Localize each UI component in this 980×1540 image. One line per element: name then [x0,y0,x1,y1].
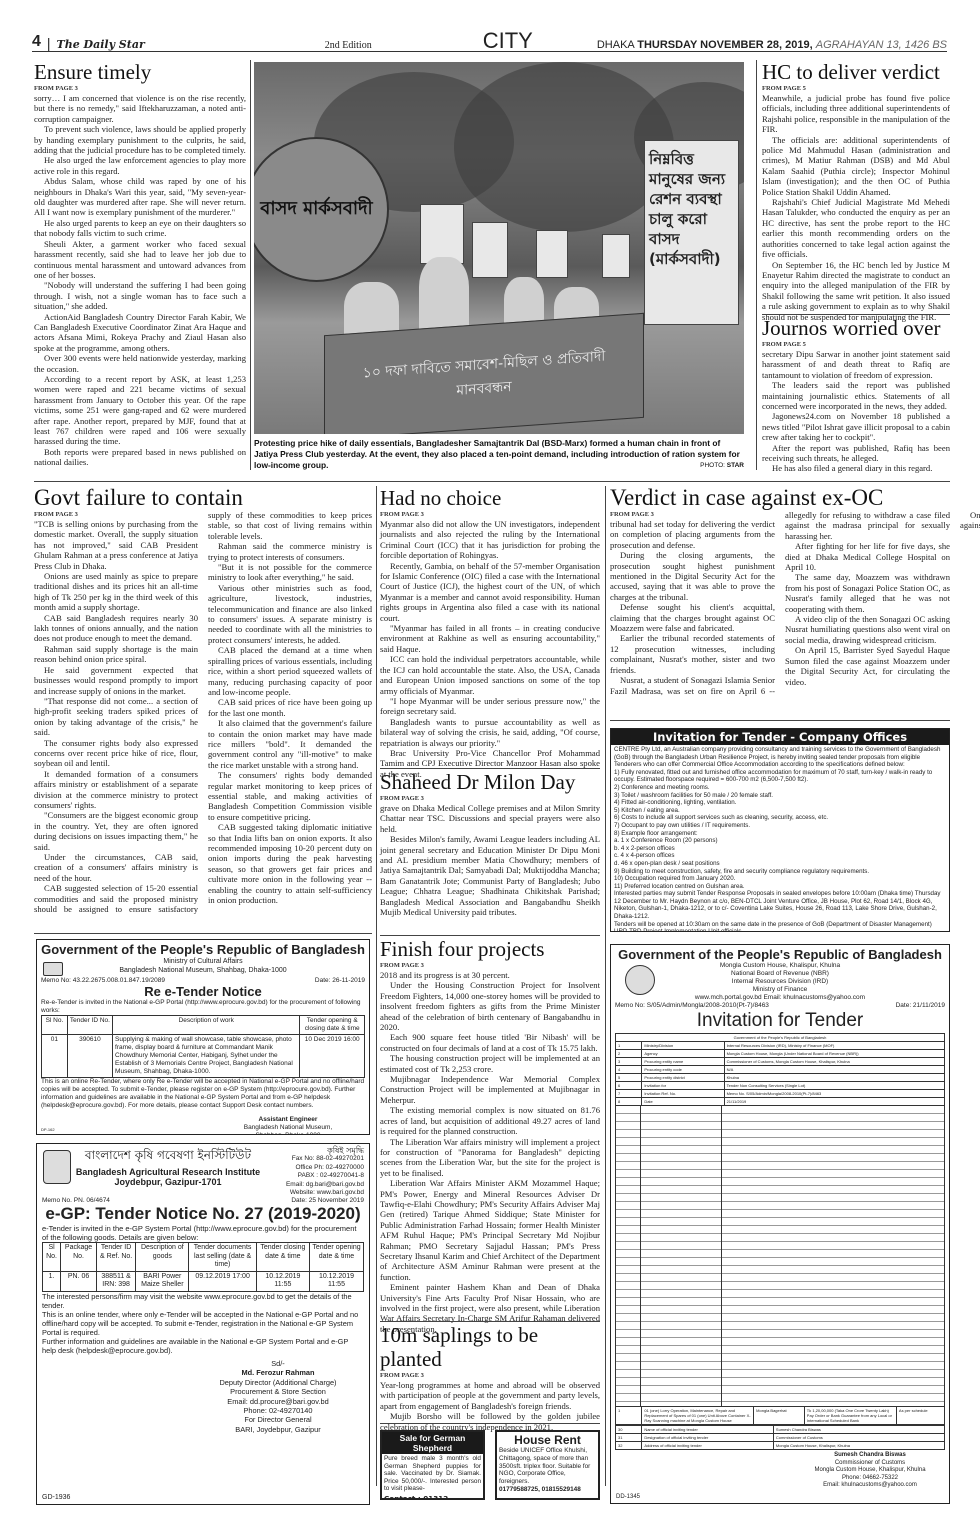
paragraph: 2018 and its progress is at 30 percent. [380,970,600,980]
paragraph: He also urged the law enforcement agenci… [34,155,246,176]
paragraph: Besides Milon's family, Awami League lea… [380,834,600,917]
paragraph: Under the Housing Construction Project f… [380,980,600,1032]
ad-item: 1) Fully renovated, fitted out and furni… [614,769,946,784]
ad-org-address: Joydebpur, Gazipur-1701 [72,1177,264,1187]
table-row: 7Invitation Ref. No.Memo No. S/05/Admin/… [616,1090,945,1098]
paragraph: ActionAid Bangladesh Country Director Fa… [34,312,246,354]
table-row: 4Procuring entity codeN/A [616,1066,945,1074]
paragraph: During the closing arguments, the prosec… [610,550,775,602]
table-header: Tender documents last selling (date & ti… [189,1243,256,1272]
signatory-title: Assistant Engineer [211,1116,365,1124]
lot-table: 1 01 (one) Lorry Operation, Maintenance,… [615,1406,945,1425]
from-page-label: FROM PAGE 3 [380,511,600,518]
paragraph: Bangladesh wants to pursue accountabilit… [380,717,600,748]
table-cell: Memo No. S/05/Admin/Mongla/2008-2010(Pt-… [724,1090,944,1098]
paragraph: It also claimed that the government's fa… [208,718,372,770]
table-cell: 8 [616,1098,642,1106]
paragraph: Under the circumstances, CAB said, creat… [34,852,198,883]
paragraph: After the report was published, Rafiq ha… [762,443,950,464]
column-divider [756,60,757,470]
ad-intro: CENTRE Pty Ltd, an Australian company pr… [614,746,946,769]
table-row: 8Date21/11/2019 [616,1098,945,1106]
article-had-no-choice: Had no choice FROM PAGE 3 Myanmar also d… [380,486,600,779]
signatory-line: Procurement & Store Section [192,1387,364,1396]
article-body: Myanmar also did not allow the UN invest… [380,519,600,779]
table-cell: 3 [616,1058,642,1066]
table-cell: 2 [616,1050,642,1058]
paragraph: "Consumers are the biggest economic grou… [34,810,198,852]
credit-name: STAR [727,462,744,469]
table-cell: Designation of official inviting tender [642,1434,774,1442]
table-cell: PN. 06 [61,1271,97,1291]
headline: Verdict in case against ex-OC [610,486,950,510]
ad-memo: Memo No: 43.22.2675.008.01.847.19/2089 [41,977,165,984]
paragraph: Abdus Salam, whose child was raped by on… [34,176,246,218]
ad-item: 8) Example floor arrangement: [614,830,946,838]
table-row: 3Procuring entity nameCommissioner of Cu… [616,1058,945,1066]
paragraph: CAB said prices of rice have been going … [208,697,372,718]
article-govt-failure: Govt failure to contain FROM PAGE 3 "TCB… [34,486,372,918]
ad-opening: Tenders will be opened at 10:30am on the… [614,921,946,932]
paragraph: CAB placed the demand at a time when spi… [208,645,372,697]
from-page-label: FROM PAGE 3 [380,962,600,969]
signatory-email: Email: dd.procure@bari.gov.bd [192,1397,364,1406]
placard [420,204,464,264]
section-divider [380,1423,600,1424]
ad-office-line: National Board of Revenue (NBR) [615,970,945,978]
article-body: 2018 and its progress is at 30 percent. … [380,970,600,1334]
paragraph: According to a recent report by ASK, at … [34,374,246,447]
paragraph: Year-long programmes at home and abroad … [380,1380,600,1411]
tender-table: Sl No. Package No. Tender ID & Ref. No. … [42,1242,364,1292]
paragraph: Recently, Gambia, on behalf of the 57-me… [380,561,600,623]
ad-gov-title: Government of the People's Republic of B… [41,942,365,957]
from-page-label: FROM PAGE 3 [34,511,198,518]
table-cell: Invitation Ref. No. [642,1090,724,1098]
ad-body: Beside UNICEF Office Khulshi, Chittagong… [499,1447,596,1486]
masthead: 4 | The Daily Star 2nd Edition CITY DHAK… [32,30,947,52]
ad-item: 3) Toilet / washroom facilities for 50 m… [614,792,946,800]
table-header: Tender closing date & time [256,1243,309,1272]
paragraph: The leaders said the report was publishe… [762,380,950,411]
paragraph: "Nobody will understand the suffering I … [34,280,246,311]
paragraph: Jagonews24.com on November 18 published … [762,411,950,442]
table-cell: Mongla Custom House, Mongla (Under Natio… [724,1050,944,1058]
paragraph: Mujib Borsho will be followed by the gol… [380,1411,600,1432]
protest-banner: ১০ দফা দাবিতে সমাবেশ-মিছিল ও প্রতিবাদী ম… [324,313,644,434]
table-cell: 21/11/2019 [724,1098,944,1106]
table-row: 2AgencyMongla Custom House, Mongla (Unde… [616,1050,945,1058]
table-cell: N/A [724,1066,944,1074]
signatory-org: Bangladesh National Museum, [211,1124,365,1132]
ad-body: Pure breed male 3 month's old German She… [382,1454,483,1494]
paragraph: Earlier the tribunal recorded statements… [610,633,775,675]
paragraph: grave on Dhaka Medical College premises … [380,803,600,834]
bari-logo-icon [43,1150,71,1184]
ad-submission: Interested parties may submit Tender Res… [614,890,946,920]
table-row: 1Ministry/DivisionInternal Resources Div… [616,1042,945,1050]
ad-bari-tender: বাংলাদেশ কৃষি গবেষণা ইনস্টিটিউট Banglade… [36,1143,370,1505]
table-cell: 388511 & IRN: 398 [96,1271,135,1291]
table-cell: 1 [616,1042,642,1050]
table-cell: 10.12.2019 11:55 [309,1271,363,1291]
ad-item: c. 4 x 4-person offices [614,852,946,860]
ad-title: Invitation for Tender [615,1009,945,1033]
headline: HC to deliver verdict [762,60,950,84]
credit-label: PHOTO: [700,462,725,469]
paragraph: The consumers' rights body demanded regu… [208,770,372,822]
ad-phones: 01779588725, 01815529148 [499,1486,596,1493]
signatory-name: Sumesh Chandra Biswas [795,1452,945,1460]
table-cell: Date [642,1098,724,1106]
paragraph: The same day, Moazzem was withdrawn from… [785,572,950,614]
paragraph: Mujibnagar Independence War Memorial Com… [380,1074,600,1105]
column-divider [376,486,377,1486]
paragraph: "TCB is selling onions by purchasing fro… [34,519,198,571]
gov-seal-icon [625,965,655,995]
page-number: 4 [32,33,41,51]
signatory-email: Email: khulnacustoms@yahoo.com [795,1482,945,1490]
table-header: Package No. [61,1243,97,1272]
ad-memo: Memo No. PN. 06/4674 [42,1197,110,1204]
ad-item: 10) Occupation required from January 202… [614,875,946,883]
ad-item: 2) Conference and meeting rooms. [614,784,946,792]
signatory-line: BARI, Joydebpur, Gazipur [192,1425,364,1434]
table-row: 1. PN. 06 388511 & IRN: 398 BARI Power M… [43,1271,364,1291]
signatory-line: For Director General [192,1415,364,1424]
signatory-line: Deputy Director (Additional Charge) [192,1378,364,1387]
paragraph: Each 900 square feet house titled 'Bir N… [380,1032,600,1053]
article-divider [380,768,600,769]
from-page-label: FROM PAGE 3 [380,1372,600,1379]
table-cell: 10.12.2019 11:55 [256,1271,309,1291]
paragraph: sorry… I am concerned that violence is o… [34,93,246,124]
tender-details-table: Government of the People's Republic of B… [615,1033,945,1106]
table-cell: 1. [43,1271,61,1291]
tender-table: Sl No. Tender ID No. Description of work… [41,1015,365,1078]
ad-code: DP-162 [41,1127,55,1132]
ad-house-rent: House Rent Beside UNICEF Office Khulshi,… [495,1430,600,1500]
ad-museum-re-tender: Government of the People's Republic of B… [36,939,370,1135]
paragraph: Over 300 events were held nationwide yes… [34,353,246,374]
table-cell: 5 [616,1074,642,1082]
tender-fine-print-table [615,1106,945,1406]
table-header: Sl No. [43,1243,61,1272]
paragraph: Both reports were prepared based in news… [34,447,246,468]
paragraph: Rajshahi's Chief Judicial Magistrate Md … [762,197,950,259]
caption-text: Protesting price hike of daily essential… [254,438,740,470]
table-cell: Internal Resources Division (IRD), Minis… [724,1042,944,1050]
ad-item: 5) Kitchen / eating area. [614,807,946,815]
column-divider [250,60,251,470]
paragraph: He said government expected that busines… [34,665,198,696]
from-page-label: FROM PAGE 3 [610,511,775,518]
paragraph: Onions are used mainly as spice to prepa… [34,571,198,613]
article-body: Meanwhile, a judicial probe has found fi… [762,93,950,322]
ad-item: a. 1 x Conference Room (20 persons) [614,837,946,845]
paragraph: CAB said Bangladesh requires nearly 30 l… [34,613,198,644]
dateline-city: DHAKA [597,39,634,51]
paragraph: On September 16, the HC bench led by Jus… [762,260,950,322]
article-divider [380,935,600,936]
table-header: Description of goods [136,1243,189,1272]
ad-contact: Website: www.bari.gov.bd [264,1189,364,1197]
table-row: 32Address of official inviting tenderMon… [616,1442,945,1450]
article-10m-saplings: 10m saplings to be planted FROM PAGE 3 Y… [380,1323,600,1432]
ad-code: GD-1936 [42,1494,70,1501]
paragraph: "That response did not come... a section… [34,696,198,738]
table-cell: Agency [642,1050,724,1058]
from-page-label: FROM PAGE 5 [762,341,950,348]
table-cell: 10 Dec 2019 16:00 [300,1035,365,1078]
ad-intro: Re-e-Tender is invited in the National e… [41,999,365,1015]
paragraph: The Liberation War affairs ministry will… [380,1137,600,1179]
table-cell: Commissioner of Customs [773,1434,944,1442]
table-cell: Tender Non Consulting Services (Single L… [724,1082,944,1090]
headline: Had no choice [380,486,600,510]
paragraph: A video clip of the then Sonagazi OC ask… [785,614,950,645]
headline: 10m saplings to be planted [380,1323,600,1371]
placard [536,230,568,278]
ad-office-line: Internal Resources Division (IRD) [615,978,945,986]
ad-contact: Contact : 01312-351655 [382,1494,483,1500]
ad-item: 11) Preferred location centred on Gulsha… [614,883,946,891]
table-cell: BARI Power Maize Sheller [136,1271,189,1291]
table-header: Tender ID No. [67,1016,112,1035]
paragraph: On July 17, the tribunal framed charges … [960,510,980,531]
section-divider [34,481,950,482]
placard [602,234,630,278]
protest-placard-rationing: নিম্নবিত্ত মানুষের জন্য রেশন ব্যবস্থা চা… [644,140,739,325]
paragraph: It demanded formation of a consumers aff… [34,769,198,811]
table-cell: Mongla Bagerhat [754,1407,805,1425]
from-page-label: FROM PAGE 3 [34,85,246,92]
paragraph: On April 15, Barrister Syed Sayedul Haqu… [785,645,950,687]
table-cell: 30 [616,1426,642,1434]
paragraph: After fighting for her life for five day… [785,541,950,572]
ad-centre-tender: Invitation for Tender - Company Offices … [610,728,950,932]
ad-item: b. 4 x 2-person offices [614,845,946,853]
ad-ministry: Ministry of Cultural Affairs [41,957,365,966]
ad-contact: Email: dg.bari@bari.gov.bd [264,1181,364,1189]
protest-placard-round: বাসদ মার্কসবাদী [254,137,389,282]
article-divider [610,720,950,721]
ad-title: Re e-Tender Notice [41,984,365,999]
paragraph: Rahman said the commerce ministry is try… [208,541,372,562]
paragraph: "But it is not possible for the commerce… [208,562,372,583]
table-cell: Commissioner of Customs, Mongla Custom H… [724,1058,944,1066]
article-ensure-timely: Ensure timely FROM PAGE 3 sorry… I am co… [34,60,246,468]
article-body: FROM PAGE 3 "TCB is selling onions by pu… [34,510,372,918]
section-divider [34,933,372,934]
from-page-label: FROM PAGE 5 [762,85,950,92]
paragraph: He also urged parents to keep an eye on … [34,218,246,239]
table-cell: Name of official inviting tender [642,1426,774,1434]
paragraph: The officials are: additional superinten… [762,135,950,197]
ad-item: d. 46 x open-plan desk / seat positions [614,860,946,868]
dateline-bangla-date: AGRAHAYAN 13, 1426 BS [816,39,947,51]
ad-title: House Rent [499,1433,596,1447]
ad-date: Date: 21/11/2019 [896,1002,945,1009]
paragraph: Liberation War Affairs Minister AKM Moza… [380,1178,600,1282]
table-cell: Address of official inviting tender [642,1442,774,1450]
table-cell: Tk 1,20,00,000 (Taka One Crore Twenty La… [804,1407,896,1425]
paragraph: He has also filed a general diary in thi… [762,463,950,473]
ad-slogan: কৃষিই সমৃদ্ধি [264,1147,364,1155]
ad-item: 7) Occupant to pay own utilities / IT re… [614,822,946,830]
paragraph: "Myanmar has failed in all fronts – in c… [380,623,600,654]
paragraph: CAB suggested taking diplomatic initiati… [208,822,372,905]
article-body: sorry… I am concerned that violence is o… [34,93,246,468]
headline: Finish four projects [380,937,600,961]
table-row: 31Designation of official inviting tende… [616,1434,945,1442]
table-cell: 31 [616,1434,642,1442]
table-cell: Invitation for [642,1082,724,1090]
table-cell: Sumesh Chandra Biswas [773,1426,944,1434]
table-cell: 09.12.2019 17:00 [189,1271,256,1291]
headline: Govt failure to contain [34,486,372,510]
article-journos-worried: Journos worried over FROM PAGE 5 secreta… [762,316,950,474]
signatory-line: Mongla Custom House, Khalispur, Khulna [795,1467,945,1475]
masthead-separator: | [47,35,51,51]
table-cell: 6 [616,1082,642,1090]
table-header: Tender ID & Ref. No. [96,1243,135,1272]
table-cell: 32 [616,1442,642,1450]
procuring-entity-table: 30Name of official inviting tenderSumesh… [615,1425,945,1450]
ad-office-line: Mongla Custom House, Khalispur, Khulna [615,962,945,970]
newspaper-logo: The Daily Star [57,38,145,51]
table-cell: As per schedule [896,1407,944,1425]
ad-bangla-name: বাংলাদেশ কৃষি গবেষণা ইনস্টিটিউট [72,1147,264,1167]
paragraph: The housing construction project will be… [380,1053,600,1074]
photo-caption: Protesting price hike of daily essential… [254,438,744,471]
ad-memo: Memo No: S/05/Admin/Mongla/2008-2010(Pt-… [615,1002,769,1009]
ad-code: DD-1345 [616,1494,640,1500]
museum-logo-icon [43,962,63,976]
table-header: Tender opening & closing date & time [300,1016,365,1035]
ad-footer-line: This is an online tender, where only e-T… [42,1310,364,1337]
ad-footer: This is an online Re-Tender, where only … [41,1078,365,1110]
photo-credit: PHOTO: STAR [700,460,744,471]
headline: Ensure timely [34,60,246,84]
table-caption: Government of the People's Republic of B… [616,1034,945,1042]
table-cell: Mongla Custom House, Khalispur, Khulna [773,1442,944,1450]
ad-item: 9) Building to meet construction, safety… [614,868,946,876]
ad-contact: Office Ph: 02-49270000 [264,1164,364,1172]
ad-title: Sale for German Shepherd [382,1432,483,1454]
paragraph: Myanmar also did not allow the UN invest… [380,519,600,561]
table-cell: 390610 [67,1035,112,1078]
signatory-line: Commissioner of Customs [795,1460,945,1468]
placard [472,222,508,278]
paragraph: secretary Dipu Sarwar in another joint s… [762,349,950,380]
dateline: DHAKA THURSDAY NOVEMBER 28, 2019, AGRAHA… [597,39,947,51]
news-photo: বাসদ মার্কসবাদী নিম্নবিত্ত মানুষের জন্য … [254,62,744,434]
signatory-line: Sd/- [192,1359,364,1368]
article-body: secretary Dipu Sarwar in another joint s… [762,349,950,474]
signatory-phone: Phone: 02-49270140 [192,1406,364,1415]
article-finish-four-projects: Finish four projects FROM PAGE 3 2018 an… [380,937,600,1334]
ad-item: 6) Costs to include all support services… [614,814,946,822]
table-cell: Supplying & making of wall showcase, tab… [113,1035,300,1078]
paragraph: Various other ministries such as food, a… [208,583,372,645]
paragraph: Meanwhile, a judicial probe has found fi… [762,93,950,135]
paragraph: tribunal had set today for delivering th… [610,519,775,550]
ad-item: 4) Fitted air-conditioning, lighting, ve… [614,799,946,807]
ad-org-name: Bangladesh Agricultural Research Institu… [72,1167,264,1177]
dateline-date: THURSDAY NOVEMBER 28, 2019, [637,39,812,51]
ad-date: Date: 25 November 2019 [291,1197,364,1204]
signatory-phone: Phone: 04662-75322 [795,1475,945,1483]
signatory-name: Md. Ferozur Rahman [192,1368,364,1377]
ad-title: Invitation for Tender - Company Offices [611,729,949,745]
ad-intro: e-Tender is invited in the e-GP System P… [42,1224,364,1242]
ad-customs-tender: Government of the People's Republic of B… [610,944,950,1504]
ad-office: Bangladesh National Museum, Shahbag, Dha… [41,966,365,975]
table-row: 1 01 (one) Lorry Operation, Maintenance,… [616,1407,945,1425]
table-cell: Khulna [724,1074,944,1082]
ad-footer-line: Further information and guidelines are a… [42,1337,364,1355]
paragraph: Sheuli Akter, a garment worker who faced… [34,239,246,281]
column-divider [605,486,606,1486]
paragraph: To prevent such violence, laws should be… [34,124,246,155]
article-body: Year-long programmes at home and abroad … [380,1380,600,1432]
section-title: CITY [477,31,539,51]
table-cell: 01 [42,1035,68,1078]
table-header: Sl No. [42,1016,68,1035]
ad-date: Date: 26-11-2019 [315,977,365,984]
table-header: Description of work [113,1016,300,1035]
article-verdict-ex-oc: Verdict in case against ex-OC FROM PAGE … [610,486,950,700]
ad-contact: PABX : 02-49270041-8 [264,1172,364,1180]
ad-title: e-GP: Tender Notice No. 27 (2019-2020) [42,1204,364,1224]
article-divider [380,1321,600,1322]
paragraph: The existing memorial complex is now sit… [380,1105,600,1136]
ad-gov-title: Government of the People's Republic of B… [615,947,945,962]
table-row: 30Name of official inviting tenderSumesh… [616,1426,945,1434]
table-cell: Procuring entity district [642,1074,724,1082]
paragraph: Rahman said supply shortage is the main … [34,644,198,665]
ad-contact: Fax No: 88-02-49270201 [264,1155,364,1163]
table-cell: 1 [616,1407,642,1425]
ad-footer-line: The interested persons/firm may visit th… [42,1292,364,1310]
table-cell: 01 (one) Lorry Operation, Maintenance, R… [642,1407,754,1425]
table-cell: Procuring entity code [642,1066,724,1074]
signatory-place: Shahbag, Dhaka-1000 [211,1132,365,1135]
paragraph: The consumer rights body also expressed … [34,738,198,769]
headline: Journos worried over [762,316,950,340]
table-cell: Procuring entity name [642,1058,724,1066]
article-divider [762,314,950,315]
article-shaheed-milon-day: Shaheed Dr Milon Day FROM PAGE 3 grave o… [380,770,600,917]
from-page-label: FROM PAGE 3 [380,795,600,802]
article-hc-verdict: HC to deliver verdict FROM PAGE 5 Meanwh… [762,60,950,322]
article-body: FROM PAGE 3 tribunal had set today for d… [610,510,950,700]
table-header: Tender opening date & time [309,1243,363,1272]
article-body: grave on Dhaka Medical College premises … [380,803,600,917]
ad-german-shepherd: Sale for German Shepherd Pure breed male… [380,1430,485,1500]
ad-office-line: www.mch.portal.gov.bd Email: khulnacusto… [615,994,945,1002]
ad-office-line: Ministry of Finance [615,986,945,994]
table-cell: 4 [616,1066,642,1074]
table-cell: 7 [616,1090,642,1098]
paragraph: ICC can hold the individual perpetrators… [380,654,600,696]
paragraph: Defense sought his client's acquittal, c… [610,602,775,633]
table-row: 01 390610 Supplying & making of wall sho… [42,1035,365,1078]
edition-label: 2nd Edition [325,40,372,51]
table-cell: Ministry/Division [642,1042,724,1050]
table-row: 6Invitation forTender Non Consulting Ser… [616,1082,945,1090]
